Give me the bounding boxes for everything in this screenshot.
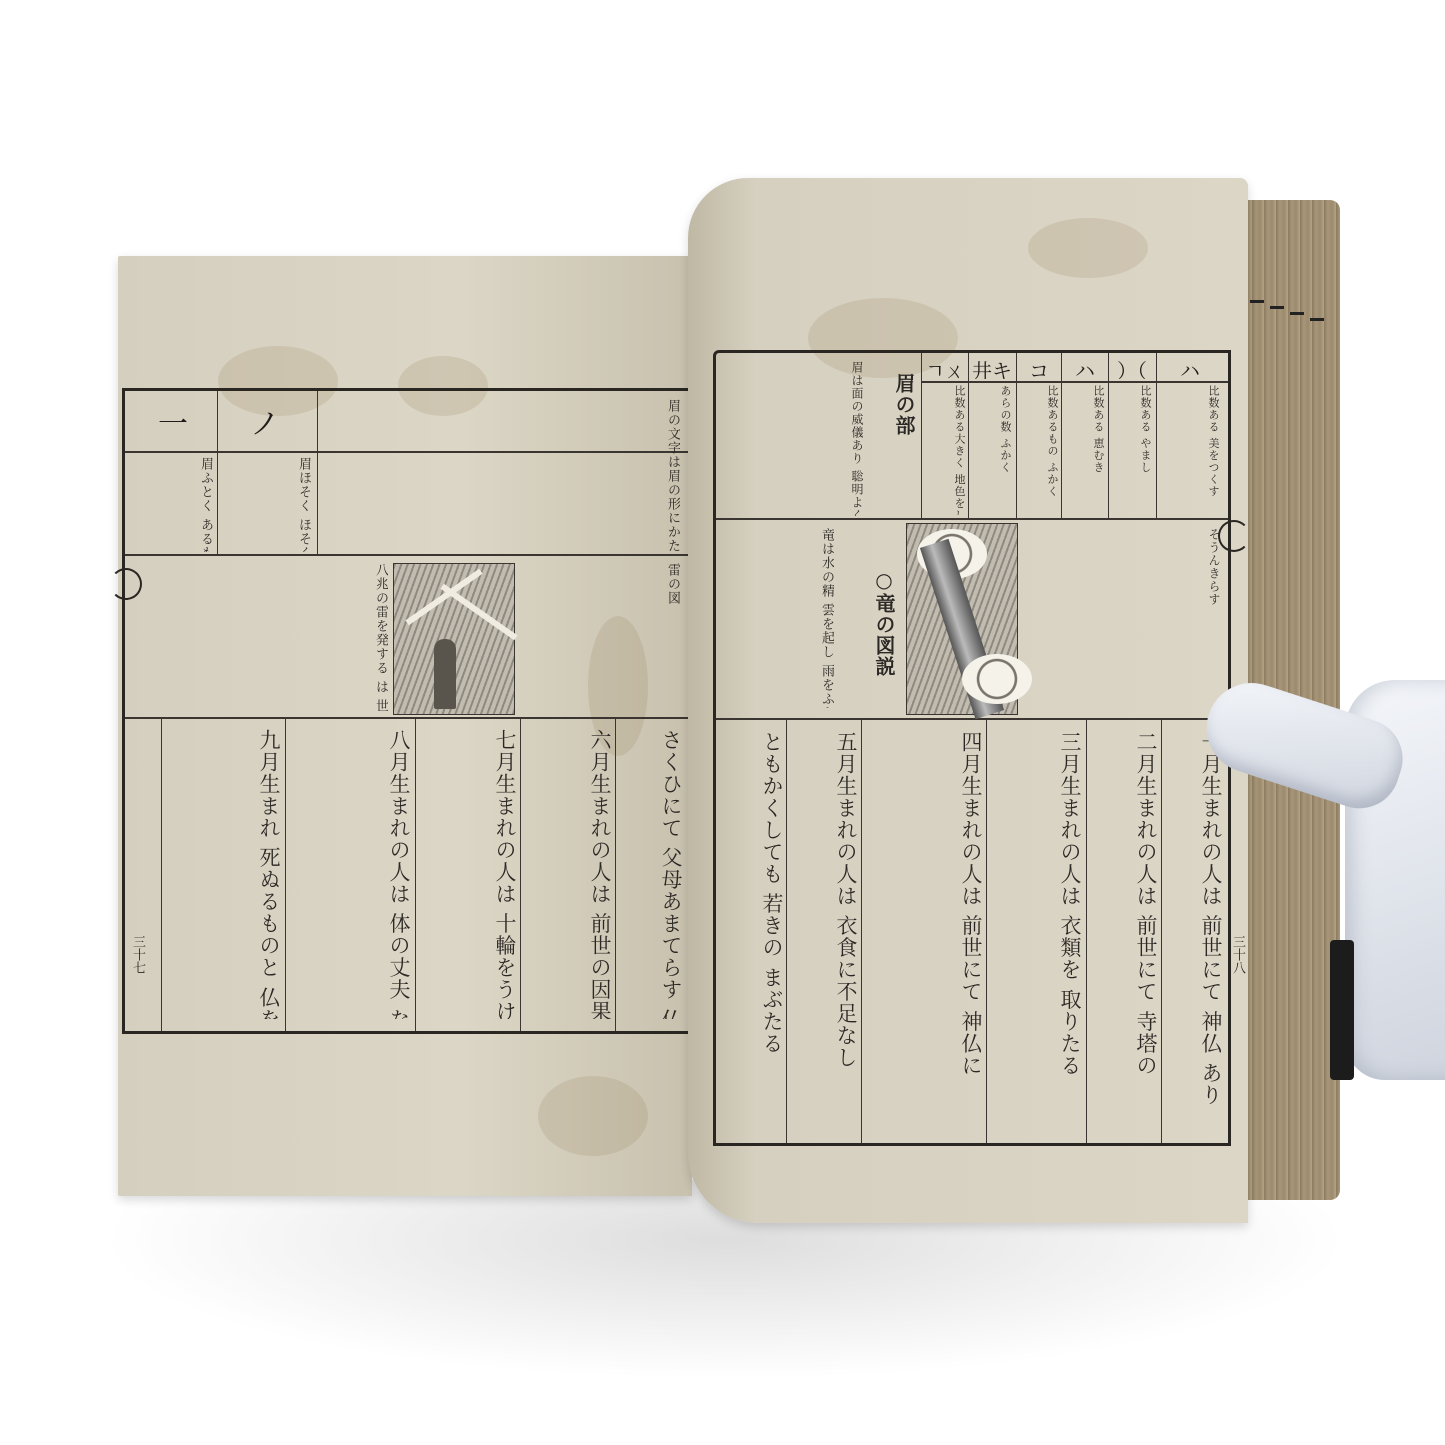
page-number: 三十八 [1228, 935, 1247, 974]
page-edge-tab-marks [1240, 300, 1340, 320]
month-column: 九月生まれ 死ぬるものと 仏を信じ 衣類食べ [165, 729, 281, 1019]
month-column: 一月生まれの人は 前世にて 神仏 あり [1165, 731, 1223, 1131]
dark-sleeve-cuff [1330, 940, 1354, 1080]
right-page-frame: ㄱㄨ 井キ コ ハ ）（ ハ 比数ある大きく 地色をし あらの数 ふかく 比数あ… [713, 350, 1231, 1146]
page-tab-marker [1218, 520, 1250, 552]
month-column: 五月生まれの人は 衣食に不足なし [790, 731, 858, 1131]
lightning-illustration [393, 563, 515, 715]
top-section-divider [125, 391, 691, 556]
month-column: 八月生まれの人は 体の丈夫 なること [289, 729, 411, 1019]
month-column: 四月生まれの人は 前世にて 神仏に [865, 731, 983, 1131]
page-tab-marker [110, 568, 142, 600]
month-column: 七月生まれの人は 十輪をうけて おもひ [419, 729, 517, 1019]
month-column: 二月生まれの人は 前世にて 寺塔の [1090, 731, 1158, 1131]
month-column: さくひにて 父母あまてらす 仏をたのむべし [619, 729, 683, 1019]
section-title: ○竜の図説 [836, 568, 896, 708]
left-page-frame: 一 ノ 眉ふとく あるものは脳ふかく 女の見ずし遠きを 見ずと知るべし 眉ほそく… [122, 388, 694, 1034]
page-number: 三十七 [128, 935, 147, 974]
middle-side-text: そうんきらす [1021, 528, 1221, 708]
middle-body-text: 八兆の雷を発する は 世間の水気なり 天の呼吸なり [133, 563, 388, 711]
dragon-illustration [906, 523, 1018, 715]
middle-body-text: 竜は水の精 雲を起し 雨をふらす 其の音甚だ高し [724, 528, 834, 708]
top-section-divider [716, 353, 1228, 520]
illustration-caption-text: 雷の図 [520, 563, 680, 711]
month-column: ともかくしても 若きの まぶたる [724, 731, 784, 1131]
month-column: 三月生まれの人は 衣類を 取りたる [990, 731, 1082, 1131]
month-column: 六月生まれの人は 前世の因果をは [524, 729, 612, 1019]
